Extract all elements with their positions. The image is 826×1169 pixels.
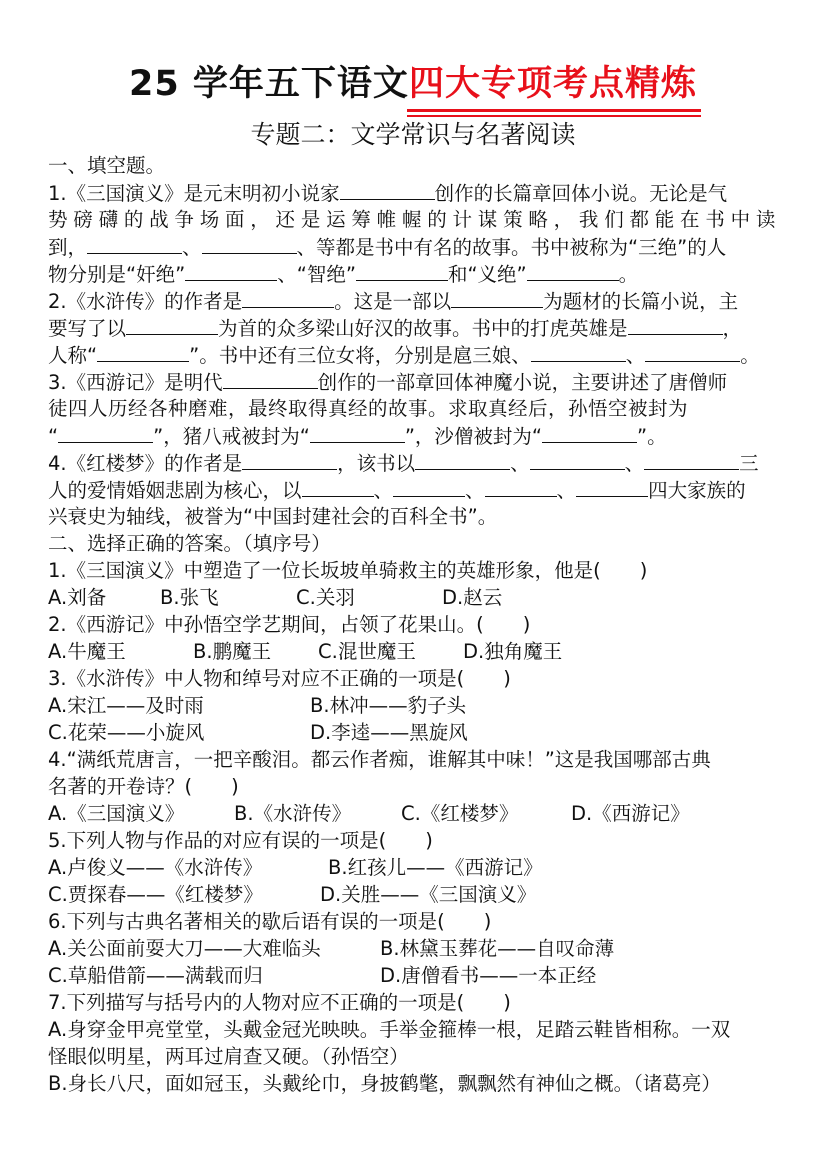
option-a[interactable]: A.《三国演义》 <box>48 800 234 827</box>
text: 1.《三国演义》是元末明初小说家 <box>48 182 340 205</box>
option-b[interactable]: B.张飞 <box>160 584 296 611</box>
option-c[interactable]: C.混世魔王 <box>318 638 463 665</box>
mc-q5-options-row2: C.贾探春——《红楼梦》 D.关胜——《三国演义》 <box>48 881 778 908</box>
option-c[interactable]: C.草船借箭——满载而归 <box>48 962 380 989</box>
fill-q4-line2: 人的爱情婚姻悲剧为核心，以、、、四大家族的 <box>48 476 778 503</box>
text: ，该书以 <box>337 452 415 475</box>
answer-blank[interactable] <box>126 314 218 335</box>
worksheet-body: 一、填空题。 1.《三国演义》是元末明初小说家创作的长篇章回体小说。无论是气 势… <box>48 152 778 1097</box>
answer-blank[interactable] <box>97 341 189 362</box>
text: 、 <box>374 479 394 502</box>
option-b[interactable]: B.身长八尺，面如冠玉，头戴纶巾，身披鹤氅，飘飘然有神仙之概。（诸葛亮） <box>48 1070 778 1097</box>
fill-q3-line2: 徒四人历经各种磨难，最终取得真经的故事。求取真经后，孙悟空被封为 <box>48 395 778 422</box>
text: 2.《水浒传》的作者是 <box>48 290 242 313</box>
answer-blank[interactable] <box>242 449 337 470</box>
fill-q1-line2: 势磅礴的战争场面，还是运筹帷幄的计谋策略，我们都能在书中读 <box>48 206 778 233</box>
mc-q3-stem: 3.《水浒传》中人物和绰号对应不正确的一项是( ) <box>48 665 778 692</box>
mc-q4-options: A.《三国演义》 B.《水浒传》 C.《红楼梦》 D.《西游记》 <box>48 800 778 827</box>
answer-blank[interactable] <box>185 260 277 281</box>
answer-blank[interactable] <box>302 476 374 497</box>
answer-blank[interactable] <box>242 287 334 308</box>
text: 四大家族的 <box>648 479 746 502</box>
text: 三 <box>739 452 759 475</box>
worksheet-page: 25 学年五下语文四大专项考点精炼 专题二：文学常识与名著阅读 一、填空题。 1… <box>0 0 826 1169</box>
text: “ <box>48 425 58 448</box>
text: 、 <box>465 479 485 502</box>
option-c[interactable]: C.花荣——小旋风 <box>48 719 310 746</box>
mc-q3-options-row1: A.宋江——及时雨 B.林冲——豹子头 <box>48 692 778 719</box>
text: 物分别是“奸绝” <box>48 263 185 286</box>
mc-q1-stem: 1.《三国演义》中塑造了一位长坂坡单骑救主的英雄形象，他是( ) <box>48 557 778 584</box>
page-title: 25 学年五下语文四大专项考点精炼 <box>0 62 826 106</box>
option-d[interactable]: D.李逵——黑旋风 <box>310 719 468 746</box>
answer-blank[interactable] <box>202 233 297 254</box>
fill-q2-line3: 人称“”。书中还有三位女将，分别是扈三娘、、。 <box>48 341 778 368</box>
answer-blank[interactable] <box>58 422 153 443</box>
answer-blank[interactable] <box>356 260 448 281</box>
option-b[interactable]: B.红孩儿——《西游记》 <box>328 854 543 881</box>
fill-q1-line3: 到，、、等都是书中有名的故事。书中被称为“三绝”的人 <box>48 233 778 260</box>
text: 人的爱情婚姻悲剧为核心，以 <box>48 479 302 502</box>
text: ”，沙僧被封为“ <box>405 425 542 448</box>
answer-blank[interactable] <box>310 422 405 443</box>
page-subtitle: 专题二：文学常识与名著阅读 <box>0 118 826 152</box>
text: 、“智绝” <box>277 263 356 286</box>
answer-blank[interactable] <box>531 341 626 362</box>
text: 人称“ <box>48 344 97 367</box>
answer-blank[interactable] <box>340 179 435 200</box>
mc-q5-stem: 5.下列人物与作品的对应有误的一项是( ) <box>48 827 778 854</box>
mc-q5-options-row1: A.卢俊义——《水浒传》 B.红孩儿——《西游记》 <box>48 854 778 881</box>
text: 为首的众多梁山好汉的故事。书中的打虎英雄是 <box>218 317 628 340</box>
text: 为题材的长篇小说，主 <box>543 290 738 313</box>
answer-blank[interactable] <box>530 449 625 470</box>
text: 创作的一部章回体神魔小说，主要讲述了唐僧师 <box>318 371 728 394</box>
answer-blank[interactable] <box>87 233 182 254</box>
option-d[interactable]: D.赵云 <box>442 584 502 611</box>
option-a[interactable]: A.宋江——及时雨 <box>48 692 310 719</box>
answer-blank[interactable] <box>628 314 723 335</box>
text: ”。 <box>637 425 667 448</box>
option-a-cont[interactable]: 怪眼似明星，两耳过肩查又硬。（孙悟空） <box>48 1043 778 1070</box>
answer-blank[interactable] <box>527 260 619 281</box>
text: 。这是一部以 <box>334 290 451 313</box>
option-d[interactable]: D.独角魔王 <box>463 638 562 665</box>
answer-blank[interactable] <box>415 449 510 470</box>
option-c[interactable]: C.《红楼梦》 <box>401 800 571 827</box>
mc-q2-stem: 2.《西游记》中孙悟空学艺期间，占领了花果山。( ) <box>48 611 778 638</box>
text: 。 <box>740 344 760 367</box>
text: 3.《西游记》是明代 <box>48 371 223 394</box>
option-b[interactable]: B.《水浒传》 <box>234 800 401 827</box>
option-b[interactable]: B.鹏魔王 <box>193 638 318 665</box>
text: ， <box>723 317 743 340</box>
option-b[interactable]: B.林黛玉葬花——自叹命薄 <box>380 935 614 962</box>
answer-blank[interactable] <box>451 287 543 308</box>
text: 、 <box>557 479 577 502</box>
option-a[interactable]: A.牛魔王 <box>48 638 193 665</box>
answer-blank[interactable] <box>576 476 648 497</box>
mc-q1-options: A.刘备 B.张飞 C.关羽 D.赵云 <box>48 584 778 611</box>
answer-blank[interactable] <box>644 449 739 470</box>
option-d[interactable]: D.唐僧看书——一本正经 <box>380 962 596 989</box>
title-highlight-part: 四大专项考点精炼 <box>409 62 697 106</box>
fill-q2-line2: 要写了以为首的众多梁山好汉的故事。书中的打虎英雄是， <box>48 314 778 341</box>
option-d[interactable]: D.《西游记》 <box>571 800 690 827</box>
text: 要写了以 <box>48 317 126 340</box>
section1-heading: 一、填空题。 <box>48 152 778 179</box>
fill-q4-line1: 4.《红楼梦》的作者是，该书以、、三 <box>48 449 778 476</box>
mc-q6-stem: 6.下列与古典名著相关的歇后语有误的一项是( ) <box>48 908 778 935</box>
mc-q7-stem: 7.下列描写与括号内的人物对应不正确的一项是( ) <box>48 989 778 1016</box>
mc-q6-options-row2: C.草船借箭——满载而归 D.唐僧看书——一本正经 <box>48 962 778 989</box>
fill-q1-line4: 物分别是“奸绝”、“智绝”和“义绝”。 <box>48 260 778 287</box>
text: 和“义绝” <box>448 263 527 286</box>
mc-q2-options: A.牛魔王 B.鹏魔王 C.混世魔王 D.独角魔王 <box>48 638 778 665</box>
text: ”，猪八戒被封为“ <box>153 425 310 448</box>
mc-q6-options-row1: A.关公面前耍大刀——大难临头 B.林黛玉葬花——自叹命薄 <box>48 935 778 962</box>
text: ”。书中还有三位女将，分别是扈三娘、 <box>189 344 531 367</box>
option-a[interactable]: A.刘备 <box>48 584 160 611</box>
option-c[interactable]: C.贾探春——《红楼梦》 <box>48 881 320 908</box>
option-a[interactable]: A.关公面前耍大刀——大难临头 <box>48 935 380 962</box>
option-b[interactable]: B.林冲——豹子头 <box>310 692 466 719</box>
fill-q4-line3: 兴衰史为轴线，被誉为“中国封建社会的百科全书”。 <box>48 503 778 530</box>
mc-q4-stem-cont: 名著的开卷诗？( ) <box>48 773 778 800</box>
option-d[interactable]: D.关胜——《三国演义》 <box>320 881 536 908</box>
text: 、 <box>182 236 202 259</box>
answer-blank[interactable] <box>645 341 740 362</box>
section2-heading: 二、选择正确的答案。（填序号） <box>48 530 778 557</box>
text: 、 <box>510 452 530 475</box>
fill-q2-line1: 2.《水浒传》的作者是。这是一部以为题材的长篇小说，主 <box>48 287 778 314</box>
option-a[interactable]: A.卢俊义——《水浒传》 <box>48 854 328 881</box>
mc-q4-stem: 4.“满纸荒唐言，一把辛酸泪。都云作者痴，谁解其中味！”这是我国哪部古典 <box>48 746 778 773</box>
fill-q3-line1: 3.《西游记》是明代创作的一部章回体神魔小说，主要讲述了唐僧师 <box>48 368 778 395</box>
fill-q3-line3: “”，猪八戒被封为“”，沙僧被封为“”。 <box>48 422 778 449</box>
fill-q1-line1: 1.《三国演义》是元末明初小说家创作的长篇章回体小说。无论是气 <box>48 179 778 206</box>
text: 、等都是书中有名的故事。书中被称为“三绝”的人 <box>297 236 727 259</box>
mc-q3-options-row2: C.花荣——小旋风 D.李逵——黑旋风 <box>48 719 778 746</box>
option-a[interactable]: A.身穿金甲亮堂堂，头戴金冠光映映。手举金箍棒一根，足踏云鞋皆相称。一双 <box>48 1016 778 1043</box>
answer-blank[interactable] <box>485 476 557 497</box>
answer-blank[interactable] <box>542 422 637 443</box>
text: 、 <box>626 344 646 367</box>
title-grade-part: 25 学年五下语文 <box>129 64 409 104</box>
answer-blank[interactable] <box>393 476 465 497</box>
answer-blank[interactable] <box>223 368 318 389</box>
text: 。 <box>619 263 639 286</box>
text: 、 <box>625 452 645 475</box>
text: 创作的长篇章回体小说。无论是气 <box>435 182 728 205</box>
option-c[interactable]: C.关羽 <box>296 584 442 611</box>
text: 4.《红楼梦》的作者是 <box>48 452 242 475</box>
text: 到， <box>48 236 87 259</box>
